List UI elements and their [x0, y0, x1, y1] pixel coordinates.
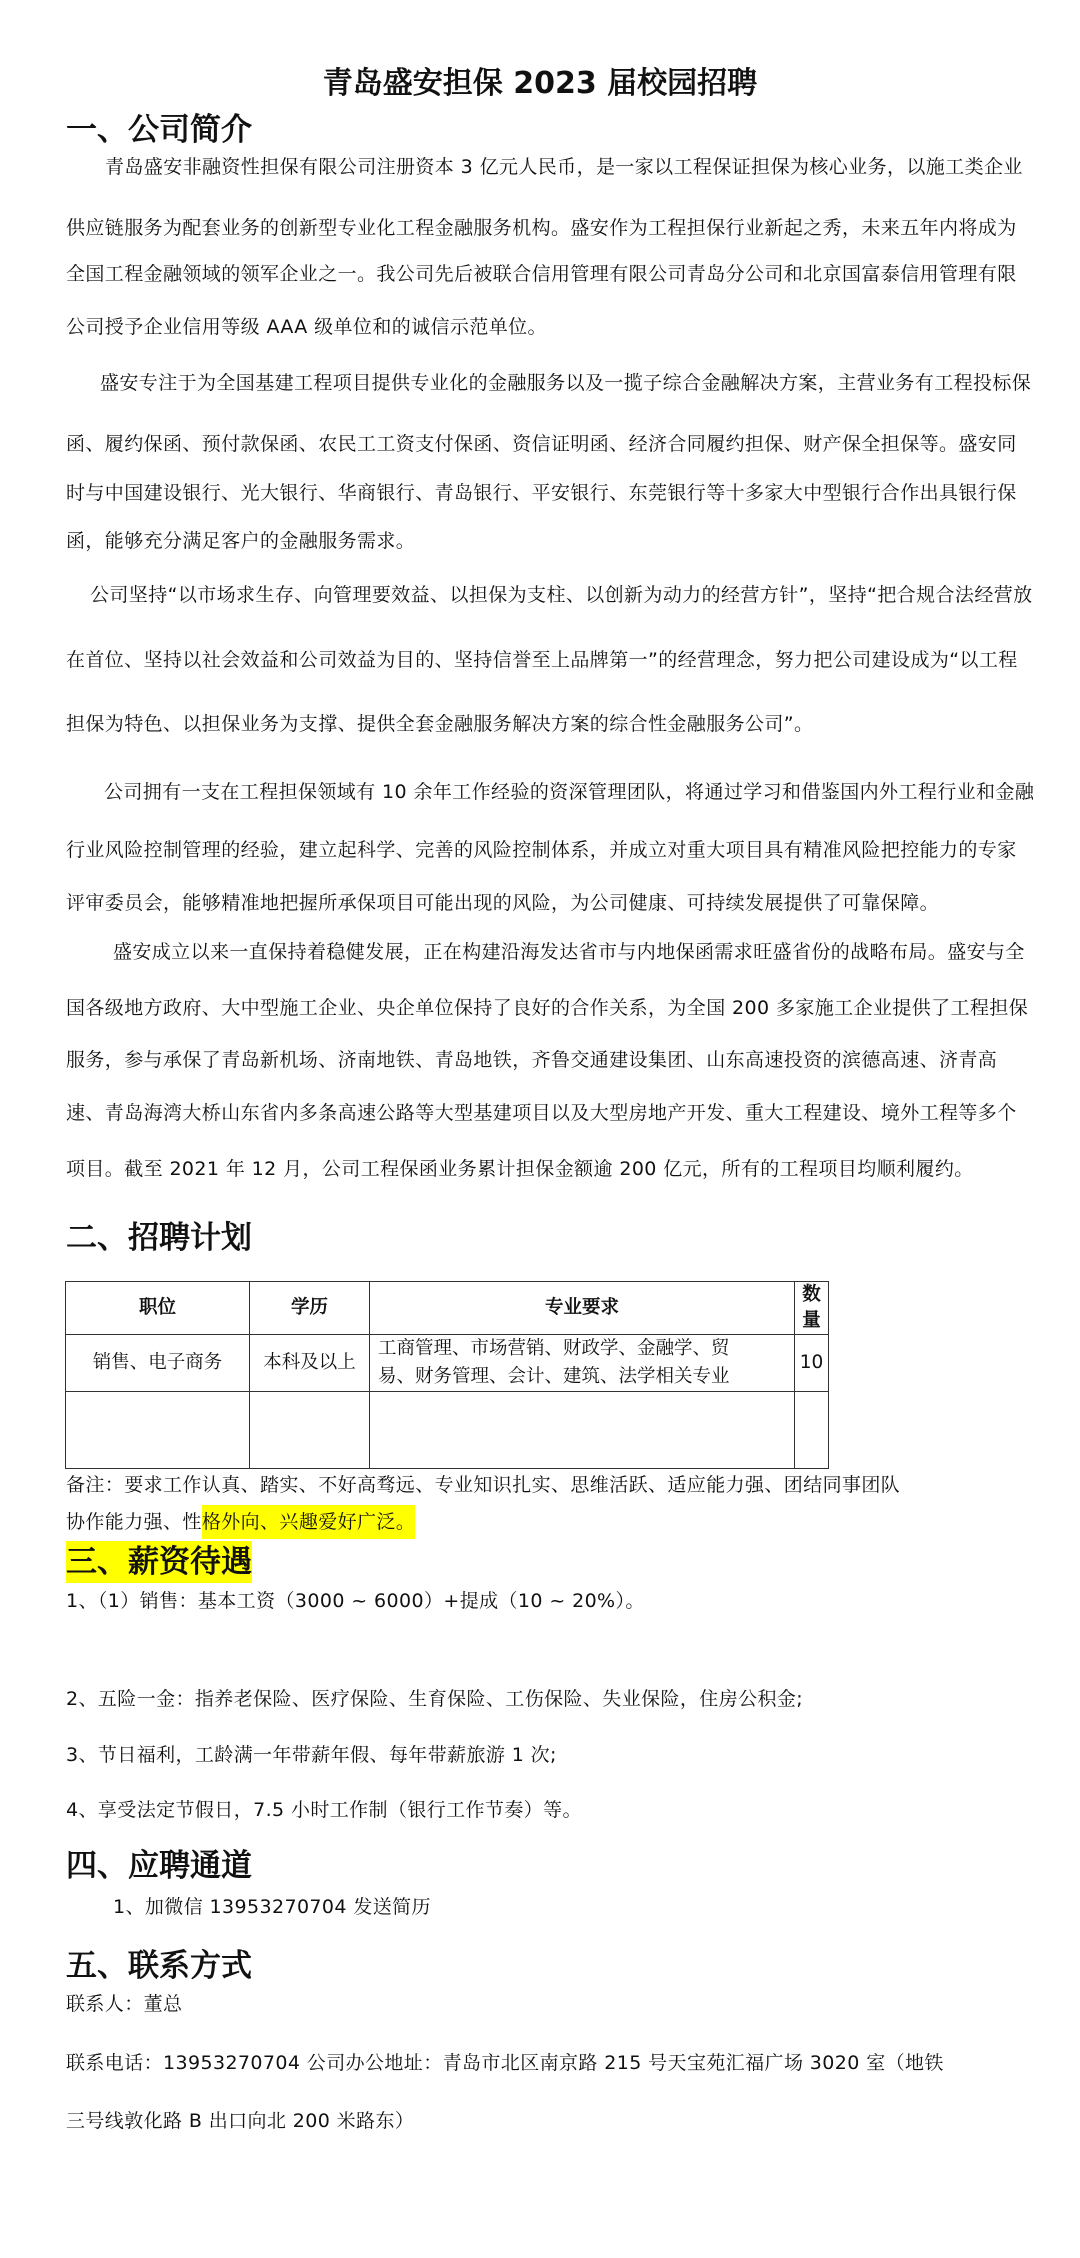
- section-heading-salary: 三、薪资待遇: [66, 1541, 252, 1583]
- note-highlighted-text: 格外向、兴趣爱好广泛。: [202, 1505, 415, 1539]
- intro-line: 供应链服务为配套业务的创新型专业化工程金融服务机构。盛安作为工程担保行业新起之秀…: [66, 215, 1017, 241]
- intro-line: 青岛盛安非融资性担保有限公司注册资本 3 亿元人民币，是一家以工程保证担保为核心…: [105, 154, 1023, 180]
- intro-line: 服务，参与承保了青岛新机场、济南地铁、青岛地铁，齐鲁交通建设集团、山东高速投资的…: [66, 1047, 997, 1073]
- intro-line: 公司拥有一支在工程担保领域有 10 余年工作经验的资深管理团队，将通过学习和借鉴…: [104, 779, 1034, 805]
- header-position: 职位: [66, 1282, 250, 1335]
- cell-major: 工商管理、市场营销、财政学、金融学、贸 易、财务管理、会计、建筑、法学相关专业: [370, 1335, 795, 1392]
- header-quantity-char1: 数: [795, 1282, 828, 1308]
- cell-education: 本科及以上: [250, 1335, 370, 1392]
- intro-line: 评审委员会，能够精准地把握所承保项目可能出现的风险，为公司健康、可持续发展提供了…: [66, 890, 939, 916]
- cell-empty: [795, 1392, 829, 1469]
- salary-item: 4、享受法定节假日，7.5 小时工作制（银行工作节奏）等。: [66, 1797, 582, 1823]
- intro-line: 在首位、坚持以社会效益和公司效益为目的、坚持信誉至上品牌第一”的经营理念，努力把…: [66, 647, 1018, 673]
- contact-person: 联系人：董总: [66, 1991, 182, 2017]
- note-line: 备注：要求工作认真、踏实、不好高骛远、专业知识扎实、思维活跃、适应能力强、团结同…: [66, 1472, 900, 1498]
- intro-line: 担保为特色、以担保业务为支撑、提供全套金融服务解决方案的综合性金融服务公司”。: [66, 711, 813, 737]
- intro-line: 行业风险控制管理的经验，建立起科学、完善的风险控制体系，并成立对重大项目具有精准…: [66, 837, 1017, 863]
- cell-major-line2: 易、财务管理、会计、建筑、法学相关专业: [378, 1363, 786, 1391]
- intro-line: 函，能够充分满足客户的金融服务需求。: [66, 528, 415, 554]
- intro-line: 盛安专注于为全国基建工程项目提供专业化的金融服务以及一揽子综合金融解决方案，主营…: [100, 370, 1031, 396]
- section-heading-intro: 一、公司简介: [66, 111, 252, 149]
- table-header-row: 职位 学历 专业要求 数 量: [66, 1282, 829, 1335]
- salary-item: 3、节日福利，工龄满一年带薪年假、每年带薪旅游 1 次;: [66, 1742, 557, 1768]
- apply-item: 1、加微信 13953270704 发送简历: [113, 1894, 431, 1920]
- salary-item: 1、（1）销售：基本工资（3000 ~ 6000）+提成（10 ~ 20%）。: [66, 1588, 645, 1614]
- header-major: 专业要求: [370, 1282, 795, 1335]
- intro-line: 盛安成立以来一直保持着稳健发展，正在构建沿海发达省市与内地保函需求旺盛省份的战略…: [113, 939, 1025, 965]
- contact-phone-address: 联系电话：13953270704 公司办公地址：青岛市北区南京路 215 号天宝…: [66, 2050, 944, 2076]
- header-education: 学历: [250, 1282, 370, 1335]
- section-heading-apply: 四、应聘通道: [66, 1847, 252, 1885]
- cell-major-line1: 工商管理、市场营销、财政学、金融学、贸: [378, 1335, 786, 1363]
- table-row-empty: [66, 1392, 829, 1469]
- cell-empty: [250, 1392, 370, 1469]
- intro-line: 时与中国建设银行、光大银行、华商银行、青岛银行、平安银行、东莞银行等十多家大中型…: [66, 480, 1017, 506]
- note-plain-text: 协作能力强、性: [66, 1511, 202, 1533]
- table-row: 销售、电子商务 本科及以上 工商管理、市场营销、财政学、金融学、贸 易、财务管理…: [66, 1335, 829, 1392]
- note-line: 协作能力强、性格外向、兴趣爱好广泛。: [66, 1509, 415, 1535]
- intro-line: 国各级地方政府、大中型施工企业、央企单位保持了良好的合作关系，为全国 200 多…: [66, 995, 1028, 1021]
- cell-empty: [370, 1392, 795, 1469]
- contact-address-continued: 三号线敦化路 B 出口向北 200 米路东）: [66, 2108, 414, 2134]
- intro-line: 全国工程金融领域的领军企业之一。我公司先后被联合信用管理有限公司青岛分公司和北京…: [66, 261, 1017, 287]
- cell-quantity: 10: [795, 1335, 829, 1392]
- cell-empty: [66, 1392, 250, 1469]
- section-heading-plan: 二、招聘计划: [66, 1219, 252, 1257]
- intro-line: 公司授予企业信用等级 AAA 级单位和的诚信示范单位。: [66, 314, 547, 340]
- salary-item: 2、五险一金：指养老保险、医疗保险、生育保险、工伤保险、失业保险，住房公积金;: [66, 1686, 803, 1712]
- header-quantity: 数 量: [795, 1282, 829, 1335]
- document-title: 青岛盛安担保 2023 届校园招聘: [0, 66, 1080, 102]
- section-heading-contact: 五、联系方式: [66, 1947, 252, 1985]
- intro-line: 速、青岛海湾大桥山东省内多条高速公路等大型基建项目以及大型房地产开发、重大工程建…: [66, 1100, 1017, 1126]
- header-quantity-char2: 量: [795, 1308, 828, 1334]
- cell-position: 销售、电子商务: [66, 1335, 250, 1392]
- intro-line: 项目。截至 2021 年 12 月，公司工程保函业务累计担保金额逾 200 亿元…: [66, 1156, 974, 1182]
- recruitment-plan-table: 职位 学历 专业要求 数 量 销售、电子商务 本科及以上 工商管理、市场营销、财…: [65, 1281, 829, 1469]
- intro-line: 公司坚持“以市场求生存、向管理要效益、以担保为支柱、以创新为动力的经营方针”，坚…: [90, 582, 1033, 608]
- intro-line: 函、履约保函、预付款保函、农民工工资支付保函、资信证明函、经济合同履约担保、财产…: [66, 431, 1017, 457]
